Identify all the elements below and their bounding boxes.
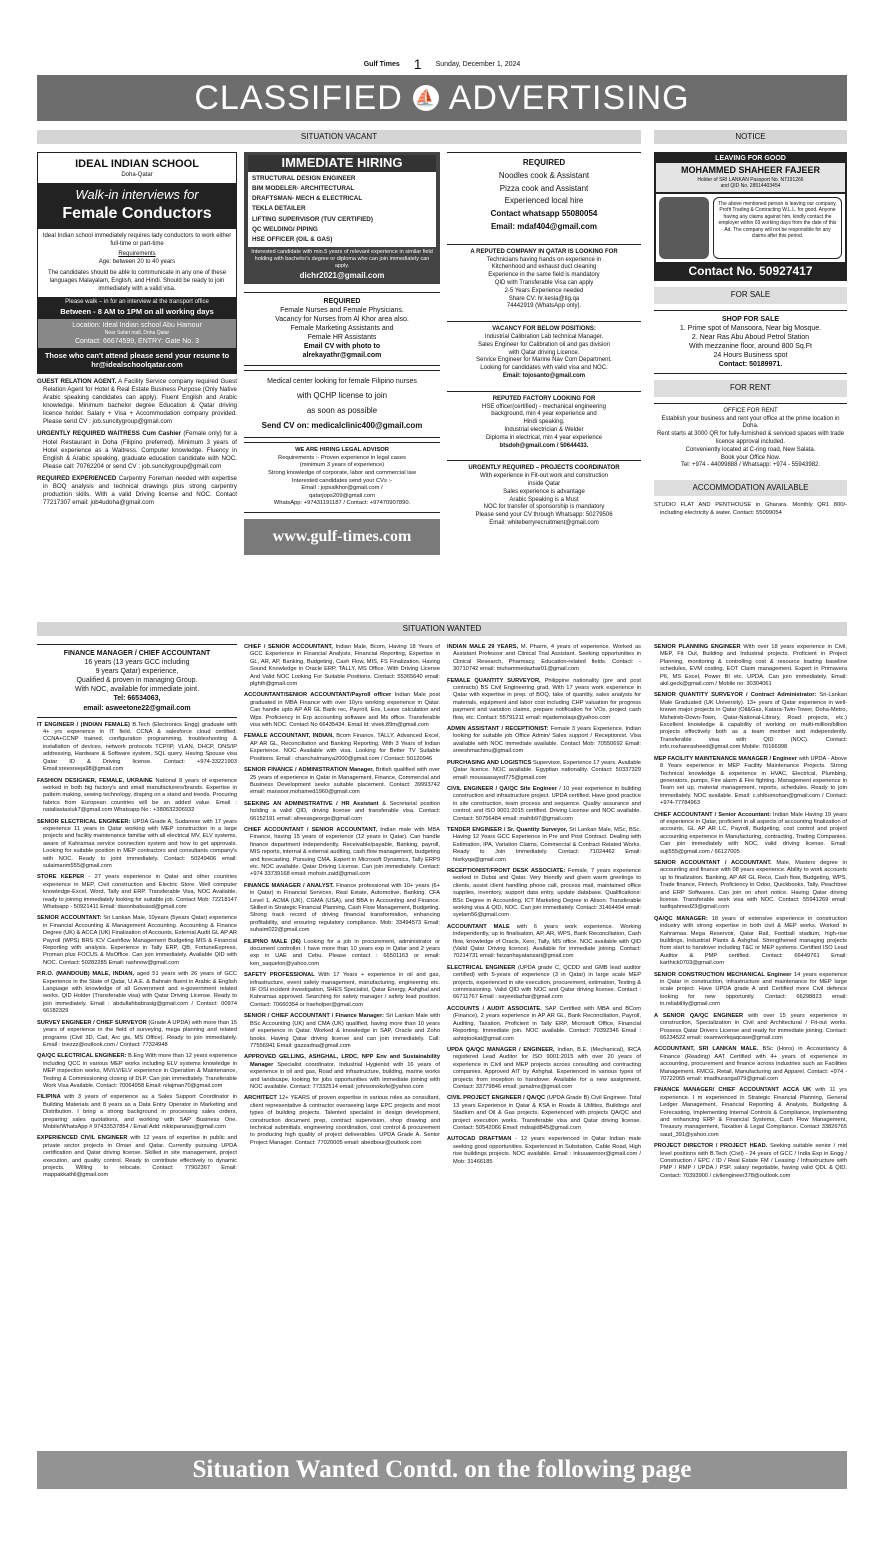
page-number: 1: [414, 56, 422, 72]
person-photo: [659, 197, 709, 259]
entry-body: A Facility Service company required Gues…: [43, 378, 237, 425]
ad-line: 2-5 Years Experience needed: [449, 288, 639, 296]
entry-title: PURCHASING AND LOGISTICS: [447, 760, 531, 766]
ad-line: Sales Engineer for Calibration oil and g…: [449, 342, 639, 350]
entry-body: 18 years of extensive experience in cons…: [660, 916, 847, 966]
entry-body: With over 18 years experience in Civil, …: [660, 644, 847, 687]
medical-line: with QCHP license to join: [246, 388, 438, 403]
vacant-column-2: IMMEDIATE HIRING STRUCTURAL DESIGN ENGIN…: [244, 152, 440, 555]
classified-entry: ACCOUNTANT MALE with 6 years work experi…: [447, 924, 641, 961]
legal-title: WE ARE HIRING LEGAL ADVISOR: [246, 447, 438, 455]
section-situation-vacant: SITUATION VACANT: [37, 130, 641, 144]
vacant-column-3: REQUIREDNoodles cook & AssistantPizza co…: [447, 152, 641, 538]
entry-title: STORE KEEPER: [37, 874, 84, 880]
publication-date: Sunday, December 1, 2024: [436, 61, 521, 68]
entry-body: Male, Masters degree in accounting and f…: [660, 860, 847, 910]
dhow-boat-icon: ⛵: [413, 85, 439, 111]
hiring-email[interactable]: dichr2021@gmail.com: [248, 271, 436, 281]
banner-right: ADVERTISING: [449, 79, 690, 118]
classified-entry: SENIOR / CHIEF ACCOUNTANT / Finance Mana…: [244, 1013, 440, 1050]
continued-banner: Situation Wanted Contd. on the following…: [37, 1451, 847, 1489]
ad-line: Share CV: hr.kesla@tig.qa: [449, 296, 639, 304]
entry-title: SENIOR QUANTITY SURVEYOR / Contract Admi…: [654, 692, 816, 698]
classified-entry: A SENIOR QA/QC ENGINEER with over 15 yea…: [654, 1013, 847, 1043]
nurses-title: REQUIRED: [246, 297, 438, 306]
nurses-cta: Email CV with photo to: [246, 342, 438, 351]
ad-line: QID with Transferable Visa can apply: [449, 280, 639, 288]
classified-entry: REQUIRED EXPERIENCED Carpentry Foreman n…: [37, 475, 237, 507]
vacancy-ad: VACANCY FOR BELOW POSITIONS:Industrial C…: [447, 321, 641, 385]
classified-entry: STORE KEEPER - 27 years experience in Qa…: [37, 874, 237, 911]
entry-body: Sri Lankan Male, 10years (5years Qatar) …: [43, 915, 237, 965]
entry-body: aged 51 years with 26 years of GCC Exper…: [43, 971, 237, 1014]
ad-line: NOC for transfer of sponsorship is manda…: [449, 504, 639, 512]
classified-entry: INDIAN MALE 29 YEARS, M. Pharm, 4 years …: [447, 644, 641, 674]
ad-line: Email: whiteberryrecruitment@gmail.com: [449, 520, 639, 528]
legal-line: qatarjops209@gmail.com: [246, 493, 438, 501]
classified-entry: FINANCE MANAGER / ANALYST. Finance profe…: [244, 883, 440, 935]
classified-entry: SENIOR FINANCE / ADMINISTRATION Manager,…: [244, 767, 440, 797]
website-ad[interactable]: www.gulf-times.com: [244, 519, 440, 556]
classified-entry: MEP FACILITY MAINTENANCE MANAGER / Engin…: [654, 756, 847, 808]
vacancy-ad: A REPUTED COMPANY IN QATAR IS LOOKING FO…: [447, 244, 641, 315]
entry-body: Specialist coordinator, Industrial Hygie…: [250, 1062, 440, 1090]
classified-entry: CIVIL PROJECT ENGINEER / QA/QC (UPDA Gra…: [447, 1095, 641, 1132]
entry-title: PROJECT DIRECTOR / PROJECT HEAD.: [654, 1143, 767, 1149]
headline-1: Walk-in interviews for: [40, 187, 234, 204]
rent-line: Rent starts at 3000 QR for fully-furnish…: [656, 431, 845, 447]
ad-title: A REPUTED COMPANY IN QATAR IS LOOKING FO…: [449, 249, 639, 257]
entry-title: SENIOR / CHIEF ACCOUNTANT / Finance Mana…: [244, 1013, 384, 1019]
wanted-column-2: CHIEF / SENIOR ACCOUNTANT, Indian Male, …: [244, 644, 440, 1151]
classified-entry: SENIOR ELECTRICAL ENGINEER: UPDA Grade A…: [37, 819, 237, 871]
entry-title: ARCHITECT: [244, 1095, 277, 1101]
rent-line: Conveniently located at C-ring road, New…: [656, 447, 845, 455]
entry-title: SENIOR ELECTRICAL ENGINEER:: [37, 819, 130, 825]
entry-title: INDIAN MALE 29 YEARS,: [447, 644, 518, 650]
requirements-title: Requirements: [42, 251, 232, 259]
hiring-position: STRUCTURAL DESIGN ENGINEER: [252, 174, 432, 184]
classified-entry: SENIOR CONSTRUCTION MECHANICAL Engineer …: [654, 972, 847, 1009]
notice-qid: and QID No. 28514403454: [658, 183, 843, 190]
entry-title: FEMALE ACCOUNTANT, INDIAN,: [244, 733, 334, 739]
rent-line: Establish your business and rent your of…: [656, 416, 845, 432]
section-accommodation: ACCOMMODATION AVAILABLE: [654, 480, 847, 496]
entry-body: Indian Male Having 19 years of experienc…: [660, 812, 847, 855]
rent-line: Tel: +974 - 44099888 / Whatsapp: +974 - …: [656, 462, 845, 470]
classified-entry: FILIPINO MALE (36) Looking for a job in …: [244, 939, 440, 969]
classified-entry: SENIOR QUANTITY SURVEYOR / Contract Admi…: [654, 692, 847, 751]
ad-line: With experience in Fit-out work and cons…: [449, 473, 639, 481]
legal-ad: WE ARE HIRING LEGAL ADVISOR Requirements…: [244, 442, 440, 512]
walkin-note: Please walk – in for an interview at the…: [40, 299, 234, 307]
legal-line: Strong knowledge of corporate, labor and…: [246, 470, 438, 478]
hiring-title: IMMEDIATE HIRING: [248, 155, 436, 172]
ad-title: REQUIRED: [449, 157, 639, 170]
finance-email: email: asweetone22@gmail.com: [39, 704, 235, 713]
ad-line: Hindi speaking.: [449, 419, 639, 427]
finance-line: 9 years Qatar) experience,: [39, 667, 235, 676]
publication-name: Gulf Times: [364, 61, 400, 68]
classified-entry: SAFETY PROFESSIONAL With 17 Years + expe…: [244, 972, 440, 1009]
nurses-line: Vacancy for Nurses from Al Khor area als…: [246, 315, 438, 324]
legal-line: (minimum 3 years of experience): [246, 462, 438, 470]
banner-left: CLASSIFIED: [194, 79, 402, 118]
section-for-rent: FOR RENT: [654, 380, 847, 396]
section-for-sale: FOR SALE: [654, 287, 847, 303]
ad-line: 74442919 (WhatsApp only).: [449, 303, 639, 311]
classified-entry: FINANCE MANAGER/ CHIEF ACCOUNTANT ACCA U…: [654, 1087, 847, 1139]
nurses-line: Female Marketing Assistants and: [246, 324, 438, 333]
shop-sale-ad: SHOP FOR SALE 1. Prime spot of Mansoora,…: [654, 310, 847, 375]
entry-title: QA/QC ELECTRICAL ENGINEER:: [37, 1053, 126, 1059]
classified-entry: SENIOR ACCOUNTANT: Sri Lankan Male, 10ye…: [37, 915, 237, 967]
classified-entry: IT ENGINEER / (INDIAN FEMALE) B.Tech (El…: [37, 722, 237, 774]
entry-title: FINANCE MANAGER/ CHIEF ACCOUNTANT ACCA U…: [654, 1087, 811, 1093]
classified-entry: ARCHITECT 12+ YEARS of proven expertise …: [244, 1095, 440, 1147]
wanted-column-1: FINANCE MANAGER / CHIEF ACCOUNTANT 16 ye…: [37, 644, 237, 1184]
hiring-position: HSE OFFICER (OIL & GAS): [252, 235, 432, 245]
entry-title: IT ENGINEER / (INDIAN FEMALE): [37, 722, 130, 728]
classified-entry: QA/QC ELECTRICAL ENGINEER: B.Eng With mo…: [37, 1053, 237, 1090]
wanted-column-4: SENIOR PLANNING ENGINEER With over 18 ye…: [654, 644, 847, 1184]
ad-line: background, min 4 year experience and: [449, 411, 639, 419]
classified-entry: PURCHASING AND LOGISTICS Supervisor, Exp…: [447, 760, 641, 782]
ad-line: Pizza cook and Assistant: [449, 183, 639, 196]
entry-body: with 12 years of expertise in public and…: [43, 1135, 237, 1178]
classified-entry: GUEST RELATION AGENT. A Facility Service…: [37, 378, 237, 426]
hiring-position: LIFTING SUPERVISOR (TUV CERTIFIED): [252, 215, 432, 225]
entry-body: Philippine nationality (pre and post con…: [453, 678, 641, 721]
interview-location: Location: Ideal Indian school Abu Hamour: [40, 321, 234, 330]
entry-title: SENIOR ACCOUNTANT / ACCOUNTANT.: [654, 860, 772, 866]
entry-title: SURVEY ENGINEER / CHIEF SURVEYOR: [37, 1020, 147, 1026]
sale-line: 2. Near Ras Abu Aboud Petrol Station: [656, 333, 845, 342]
entry-title: CIVIL PROJECT ENGINEER / QA/QC: [447, 1095, 545, 1101]
entry-title: SEEKING AN ADMINISTRATIVE / HR Assistant: [244, 801, 379, 807]
ad-line: Arabic Speaking is a Must: [449, 497, 639, 505]
vacancy-ad: URGENTLY REQUIRED – PROJECTS COORDINATOR…: [447, 460, 641, 531]
resume-email[interactable]: Those who can't attend please send your …: [38, 348, 236, 374]
medical-line: as soon as possible: [246, 403, 438, 418]
entry-body: UPDA Grade A, Sudanese with 17 years exp…: [43, 819, 237, 869]
classified-entry: CHIEF ACCOUNTANT / Senior Accountant: In…: [654, 812, 847, 856]
entry-title: ADMIN ASSISTANT / RECEPTIONIST:: [447, 726, 549, 732]
vacancy-ad: REPUTED FACTORY LOOKING FORHSE officer(c…: [447, 391, 641, 455]
accommodation-ad: STUDIO FLAT AND PENTHOUSE in Gharara. Mo…: [654, 502, 847, 517]
entry-title: FEMALE QUANTITY SURVEYOR,: [447, 678, 541, 684]
entry-title: A SENIOR QA/QC ENGINEER: [654, 1013, 743, 1019]
classified-entry: FILIPINA with 3 years of experience as a…: [37, 1094, 237, 1131]
school-city: Doha-Qatar: [38, 172, 236, 183]
ad-contact: Email: tojosanto@gmail.com: [449, 373, 639, 381]
entry-title: FASHION DESIGNER, FEMALE, UKRAINE: [37, 778, 153, 784]
entry-body: 12+ YEARS of proven expertise in various…: [250, 1095, 440, 1145]
sale-line: 1. Prime spot of Mansoora, Near big Mosq…: [656, 324, 845, 333]
entry-title: FILIPINO MALE (36): [244, 939, 301, 945]
entry-title: UPDA QA/QC MANAGER / ENGINEER,: [447, 1047, 555, 1053]
classified-entry: ELECTRICAL ENGINEER (UPDA grade C, QCDD …: [447, 965, 641, 1002]
entry-title: RECEPTIONIST/FRONT DESK ASSOCIATE:: [447, 868, 565, 874]
office-rent-ad: OFFICE FOR RENT Establish your business …: [654, 403, 847, 474]
sale-title: SHOP FOR SALE: [656, 315, 845, 324]
rent-line: Book your Office Now.: [656, 455, 845, 463]
classified-entry: SENIOR ACCOUNTANT / ACCOUNTANT. Male, Ma…: [654, 860, 847, 912]
classified-entry: URGENTLY REQUIRED WAITRESS Cum Cashier (…: [37, 430, 237, 470]
entry-title: ELECTRICAL ENGINEER: [447, 965, 515, 971]
entry-title: FINANCE MANAGER / ANALYST.: [244, 883, 334, 889]
age-requirement: Age: between 20 to 40 years: [42, 259, 232, 267]
entry-title: SENIOR FINANCE / ADMINISTRATION Manager,: [244, 767, 374, 773]
rent-title: OFFICE FOR RENT: [656, 408, 845, 416]
classified-banner: CLASSIFIED ⛵ ADVERTISING: [37, 75, 847, 121]
finance-title: FINANCE MANAGER / CHIEF ACCOUNTANT: [39, 649, 235, 658]
section-situation-wanted: SITUATION WANTED: [37, 622, 847, 636]
ad-line: Service Engineer for Marine Nav Com Depa…: [449, 357, 639, 365]
ad-line: Looking for candidates with valid visa a…: [449, 365, 639, 373]
medical-ad: Medical center looking for female Filipi…: [244, 370, 440, 439]
notice-contact: Contact No. 50927417: [656, 264, 845, 280]
classified-entry: UPDA QA/QC MANAGER / ENGINEER, Indian, B…: [447, 1047, 641, 1091]
entry-body: Finance professional with 10+ years (6+ …: [250, 883, 440, 933]
hiring-position: BIM MODELER- ARCHITECTURAL: [252, 184, 432, 194]
ad-line: Please send your CV through Whatsapp: 50…: [449, 512, 639, 520]
entry-body: with 11 yrs experience. I m experienced …: [660, 1087, 847, 1137]
vacancy-ad: REQUIREDNoodles cook & AssistantPizza co…: [447, 152, 641, 238]
interview-time: Between - 8 AM to 1PM on all working day…: [40, 307, 234, 317]
legal-line: Requirements :- Proven experience in leg…: [246, 455, 438, 463]
ad-line: Diploma in electrical, min 4 year experi…: [449, 435, 639, 443]
entry-body: with 3 years of experience as a Sales Su…: [43, 1094, 237, 1130]
nurses-line: Female HR Assistants: [246, 333, 438, 342]
entry-title: CIVIL ENGINEER / QA/QC Site Engineer: [447, 786, 557, 792]
classified-entry: FEMALE QUANTITY SURVEYOR, Philippine nat…: [447, 678, 641, 722]
ad-line: with Qatar driving Licence.: [449, 350, 639, 358]
entry-body: Sri-Lankan Male Graduated (UK University…: [660, 692, 847, 750]
immediate-hiring-ad: IMMEDIATE HIRING STRUCTURAL DESIGN ENGIN…: [244, 152, 440, 284]
ad-line: Industrial electrician & Welder: [449, 427, 639, 435]
notice-body: The above mentioned person is leaving ou…: [713, 197, 842, 259]
notice-column: LEAVING FOR GOOD MOHAMMED SHAHEER FAJEER…: [654, 152, 847, 522]
finance-line: With NOC, available for immediate joint.: [39, 685, 235, 694]
legal-line: Interested candidates send your CVs :-: [246, 478, 438, 486]
entry-title: URGENTLY REQUIRED WAITRESS Cum Cashier: [37, 430, 181, 437]
entry-title: MEP FACILITY MAINTENANCE MANAGER / Engin…: [654, 756, 797, 762]
sale-line: With mezzanine floor, around 800 Sq.Ft: [656, 342, 845, 351]
entry-body: Female, 7 years experience worked in Dub…: [453, 868, 641, 918]
ad-title: URGENTLY REQUIRED – PROJECTS COORDINATOR: [449, 465, 639, 473]
vacant-column-1: IDEAL INDIAN SCHOOL Doha-Qatar Walk-in i…: [37, 152, 237, 511]
classified-entry: FASHION DESIGNER, FEMALE, UKRAINE Nation…: [37, 778, 237, 815]
classified-entry: CHIEF ACCOUNTANT / SENIOR ACCOUNTANT, In…: [244, 827, 440, 879]
finance-line: Qualified & proven in managing Group.: [39, 676, 235, 685]
notice-name: MOHAMMED SHAHEER FAJEER: [658, 165, 843, 177]
school-ad: IDEAL INDIAN SCHOOL Doha-Qatar Walk-in i…: [37, 152, 237, 374]
entry-title: AUTOCAD DRAFTMAN: [447, 1136, 511, 1142]
ad-line: Industrial Calibration Lab technical Man…: [449, 334, 639, 342]
hiring-position: TEKLA DETAILER: [252, 204, 432, 214]
entry-title: CHIEF / SENIOR ACCOUNTANT,: [244, 644, 333, 650]
medical-email[interactable]: Send CV on: medicalclinic400@gmail.com: [246, 418, 438, 433]
hiring-position: QC WELDING/ PIPING: [252, 225, 432, 235]
ad-contact: Email: mdaf404@gmail.com: [449, 221, 639, 234]
sale-line: 24 Hours Business spot: [656, 351, 845, 360]
ad-line: inside Qatar: [449, 481, 639, 489]
classified-entry: SURVEY ENGINEER / CHIEF SURVEYOR (Grade …: [37, 1020, 237, 1050]
finance-tel: Tel: 66534063,: [39, 694, 235, 703]
entry-body: Indian male with MBA Finance, having 15 …: [250, 827, 440, 877]
classified-entry: TENDER ENGINEER / Sr. Quantity Surveyor,…: [447, 827, 641, 864]
school-intro: Ideal Indian school immediately requires…: [42, 233, 232, 249]
hiring-position: DRAFTSMAN- MECH & ELECTRICAL: [252, 194, 432, 204]
entry-body: Indian Male, Bcom, Having 18 Years of GC…: [250, 644, 440, 687]
entry-title: REQUIRED EXPERIENCED: [37, 475, 116, 482]
classified-entry: FEMALE ACCOUNTANT, INDIAN, Bcom Finance,…: [244, 733, 440, 763]
classified-entry: RECEPTIONIST/FRONT DESK ASSOCIATE: Femal…: [447, 868, 641, 920]
nurses-ad: REQUIRED Female Nurses and Female Physic…: [244, 292, 440, 366]
notice-head: LEAVING FOR GOOD: [656, 154, 845, 163]
classified-entry: APPROVED GELLING, ASHGHAL, LRDC, NPP Env…: [244, 1054, 440, 1091]
ad-contact: Contact whatsapp 55080054: [449, 208, 639, 221]
classified-entry: AUTOCAD DRAFTMAN - 12 years experienced …: [447, 1136, 641, 1166]
entry-title: SENIOR ACCOUNTANT:: [37, 915, 101, 921]
sale-contact: Contact: 50189971.: [656, 360, 845, 369]
classified-entry: ACCOUNTANT, SRI LANKAN MALE. BSc (Hons) …: [654, 1046, 847, 1083]
entry-title: SAFETY PROFESSIONAL: [244, 972, 315, 978]
classified-entry: SEEKING AN ADMINISTRATIVE / HR Assistant…: [244, 801, 440, 823]
legal-line: WhatsApp: +97431191187 / Contact: +97470…: [246, 500, 438, 508]
entry-title: GUEST RELATION AGENT.: [37, 378, 116, 385]
ad-contact: btsdoh@gmail.com / 50644433.: [449, 443, 639, 451]
medical-line: Medical center looking for female Filipi…: [246, 375, 438, 388]
entry-body: with UPDA - Above 8 Years experience in …: [660, 756, 847, 806]
hiring-position-list: STRUCTURAL DESIGN ENGINEERBIM MODELER- A…: [248, 172, 436, 247]
entry-title: P.R.O. (MANDOUB) MALE, INDIAN,: [37, 971, 134, 977]
masthead: Gulf Times 1 Sunday, December 1, 2024: [0, 56, 884, 72]
ad-line: Experienced local hire: [449, 195, 639, 208]
classified-entry: CHIEF / SENIOR ACCOUNTANT, Indian Male, …: [244, 644, 440, 688]
ad-line: Noodles cook & Assistant: [449, 170, 639, 183]
classified-entry: ACCOUNTANT/SENIOR ACCOUNTANT/Payroll off…: [244, 692, 440, 729]
entry-title: SENIOR CONSTRUCTION MECHANICAL Engineer: [654, 972, 792, 978]
section-notice: NOTICE: [654, 130, 847, 144]
ad-line: HSE officer(certified) - mechanical engi…: [449, 404, 639, 412]
ad-line: Sales experience is advantage: [449, 489, 639, 497]
ad-title: VACANCY FOR BELOW POSITIONS:: [449, 326, 639, 334]
classified-entry: P.R.O. (MANDOUB) MALE, INDIAN, aged 51 y…: [37, 971, 237, 1015]
classified-entry: EXPERIENCED CIVIL ENGINEER with 12 years…: [37, 1135, 237, 1179]
ad-line: Experience in the same field is mandator…: [449, 272, 639, 280]
entry-title: SENIOR PLANNING ENGINEER: [654, 644, 741, 650]
leaving-notice: LEAVING FOR GOOD MOHAMMED SHAHEER FAJEER…: [654, 152, 847, 281]
nurses-line: Female Nurses and Female Physicians.: [246, 306, 438, 315]
ad-title: REPUTED FACTORY LOOKING FOR: [449, 396, 639, 404]
entry-title: ACCOUNTS / AUDIT ASSOCIATE.: [447, 1006, 542, 1012]
entry-title: ACCOUNTANT/SENIOR ACCOUNTANT/Payroll off…: [244, 692, 391, 698]
entry-body: Indian, B.E. (Mechanical), IRCA register…: [453, 1047, 641, 1090]
school-contact: Contact: 66674599, ENTRY: Gate No. 3: [40, 337, 234, 346]
entry-title: ACCOUNTANT MALE: [447, 924, 510, 930]
entry-title: CHIEF ACCOUNTANT / SENIOR ACCOUNTANT,: [244, 827, 377, 833]
entry-title: EXPERIENCED CIVIL ENGINEER: [37, 1135, 128, 1141]
entry-title: QA/QC MANAGER:: [654, 916, 708, 922]
entry-title: CHIEF ACCOUNTANT / Senior Accountant:: [654, 812, 771, 818]
classified-entry: CIVIL ENGINEER / QA/QC Site Engineer / 1…: [447, 786, 641, 823]
ad-line: Kitchenhood and exhaust duct cleaning: [449, 264, 639, 272]
classified-entry: ACCOUNTS / AUDIT ASSOCIATE. SAP Certifie…: [447, 1006, 641, 1043]
entry-title: ACCOUNTANT, SRI LANKAN MALE.: [654, 1046, 758, 1052]
legal-line: Email : jopsalkhor@gmail.com /: [246, 485, 438, 493]
classified-entry: ADMIN ASSISTANT / RECEPTIONIST: Female 3…: [447, 726, 641, 756]
classified-entry: QA/QC MANAGER: 18 years of extensive exp…: [654, 916, 847, 968]
finance-line: 16 years (13 years GCC including: [39, 658, 235, 667]
classified-entry: PROJECT DIRECTOR / PROJECT HEAD. Seeking…: [654, 1143, 847, 1180]
finance-manager-box: FINANCE MANAGER / CHIEF ACCOUNTANT 16 ye…: [37, 644, 237, 718]
language-requirement: The candidates should be able to communi…: [42, 270, 232, 293]
hiring-note: Interested candidate with min.5 years of…: [248, 247, 436, 270]
entry-title: FILIPINA: [37, 1094, 61, 1100]
wanted-column-3: INDIAN MALE 29 YEARS, M. Pharm, 4 years …: [447, 644, 641, 1170]
ad-line: Technicians having hands on experience i…: [449, 257, 639, 265]
entry-body: B.Tech (Electronics Engg) graduate with …: [43, 722, 237, 772]
entry-title: TENDER ENGINEER / Sr. Quantity Surveyor,: [447, 827, 567, 833]
nurses-email[interactable]: alrekayathr@gmail.com: [246, 351, 438, 360]
classified-entry: SENIOR PLANNING ENGINEER With over 18 ye…: [654, 644, 847, 688]
headline-2: Female Conductors: [40, 204, 234, 225]
